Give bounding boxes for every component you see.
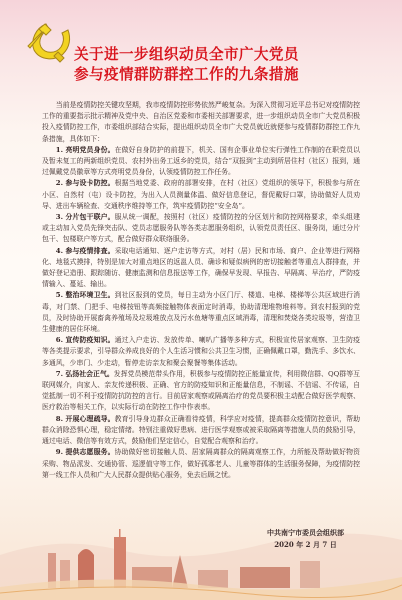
measure-heading: 9. 提供志愿服务。 <box>56 448 115 456</box>
measure-item-8: 8. 开展心理疏导。教育引导身边群众正确看待疫情，科学应对疫情，提高群众疫情防控… <box>42 414 360 448</box>
measure-item-2: 2. 参与设卡防控。根据当地党委、政府的部署安排，在村（社区）党组织的领导下，积… <box>42 178 360 212</box>
issue-date: 2020 年 2 月 7 日 <box>267 539 344 551</box>
measure-heading: 4. 参与疫情排查。 <box>56 247 115 255</box>
title-line-2: 参与疫情群防群控工作的九条措施 <box>74 65 299 85</box>
measure-heading: 6. 宣传防疫知识。 <box>56 336 115 344</box>
measure-heading: 1. 亮明党员身份。 <box>56 146 115 154</box>
document-body: 当前是疫情防控关键攻坚期，我市疫情防控形势依然严峻复杂。为深入贯彻习近平总书记对… <box>42 100 360 481</box>
measure-heading: 2. 参与设卡防控。 <box>56 179 115 187</box>
intro-paragraph: 当前是疫情防控关键攻坚期，我市疫情防控形势依然严峻复杂。为深入贯彻习近平总书记对… <box>42 100 360 145</box>
signature-block: 中共南宁市委员会组织部 2020 年 2 月 7 日 <box>267 527 344 551</box>
measure-item-5: 5. 整治环境卫生。到社区报到的党员，每日主动为小区门厅、楼道、电梯、楼梯等公共… <box>42 290 360 335</box>
party-emblem-icon <box>20 16 72 68</box>
page-title: 关于进一步组织动员全市广大党员 参与疫情群防群控工作的九条措施 <box>74 45 299 85</box>
measure-item-3: 3. 分片包干联户。服从统一调配，按照村（社区）疫情防控的分区划片和防控网格要求… <box>42 212 360 246</box>
issuing-organization: 中共南宁市委员会组织部 <box>267 527 344 539</box>
measure-item-4: 4. 参与疫情排查。采取电话通知、逐户走访等方式，对村（居）民和市场、商户、企业… <box>42 246 360 291</box>
measure-heading: 7. 弘扬社会正气。 <box>56 370 114 378</box>
measure-heading: 8. 开展心理疏导。 <box>56 415 115 423</box>
measure-heading: 5. 整治环境卫生。 <box>56 291 115 299</box>
header-banner: 关于进一步组织动员全市广大党员 参与疫情群防群控工作的九条措施 <box>0 0 402 95</box>
title-line-1: 关于进一步组织动员全市广大党员 <box>74 45 299 65</box>
measure-item-1: 1. 亮明党员身份。在做好自身防护的前提下，机关、国有企事业单位实行弹性工作制的… <box>42 145 360 179</box>
measure-item-6: 6. 宣传防疫知识。通过入户走访、发放传单、喇叭广播等多种方式，积极宣传居家观察… <box>42 335 360 369</box>
measure-item-7: 7. 弘扬社会正气。发挥党员模范带头作用，积极参与疫情防控正能量宣传，利用微信群… <box>42 369 360 414</box>
measure-heading: 3. 分片包干联户。 <box>56 213 115 221</box>
measure-item-9: 9. 提供志愿服务。协助做好密切接触人员、居家隔离群众的隔离观察工作，力所能及帮… <box>42 447 360 481</box>
